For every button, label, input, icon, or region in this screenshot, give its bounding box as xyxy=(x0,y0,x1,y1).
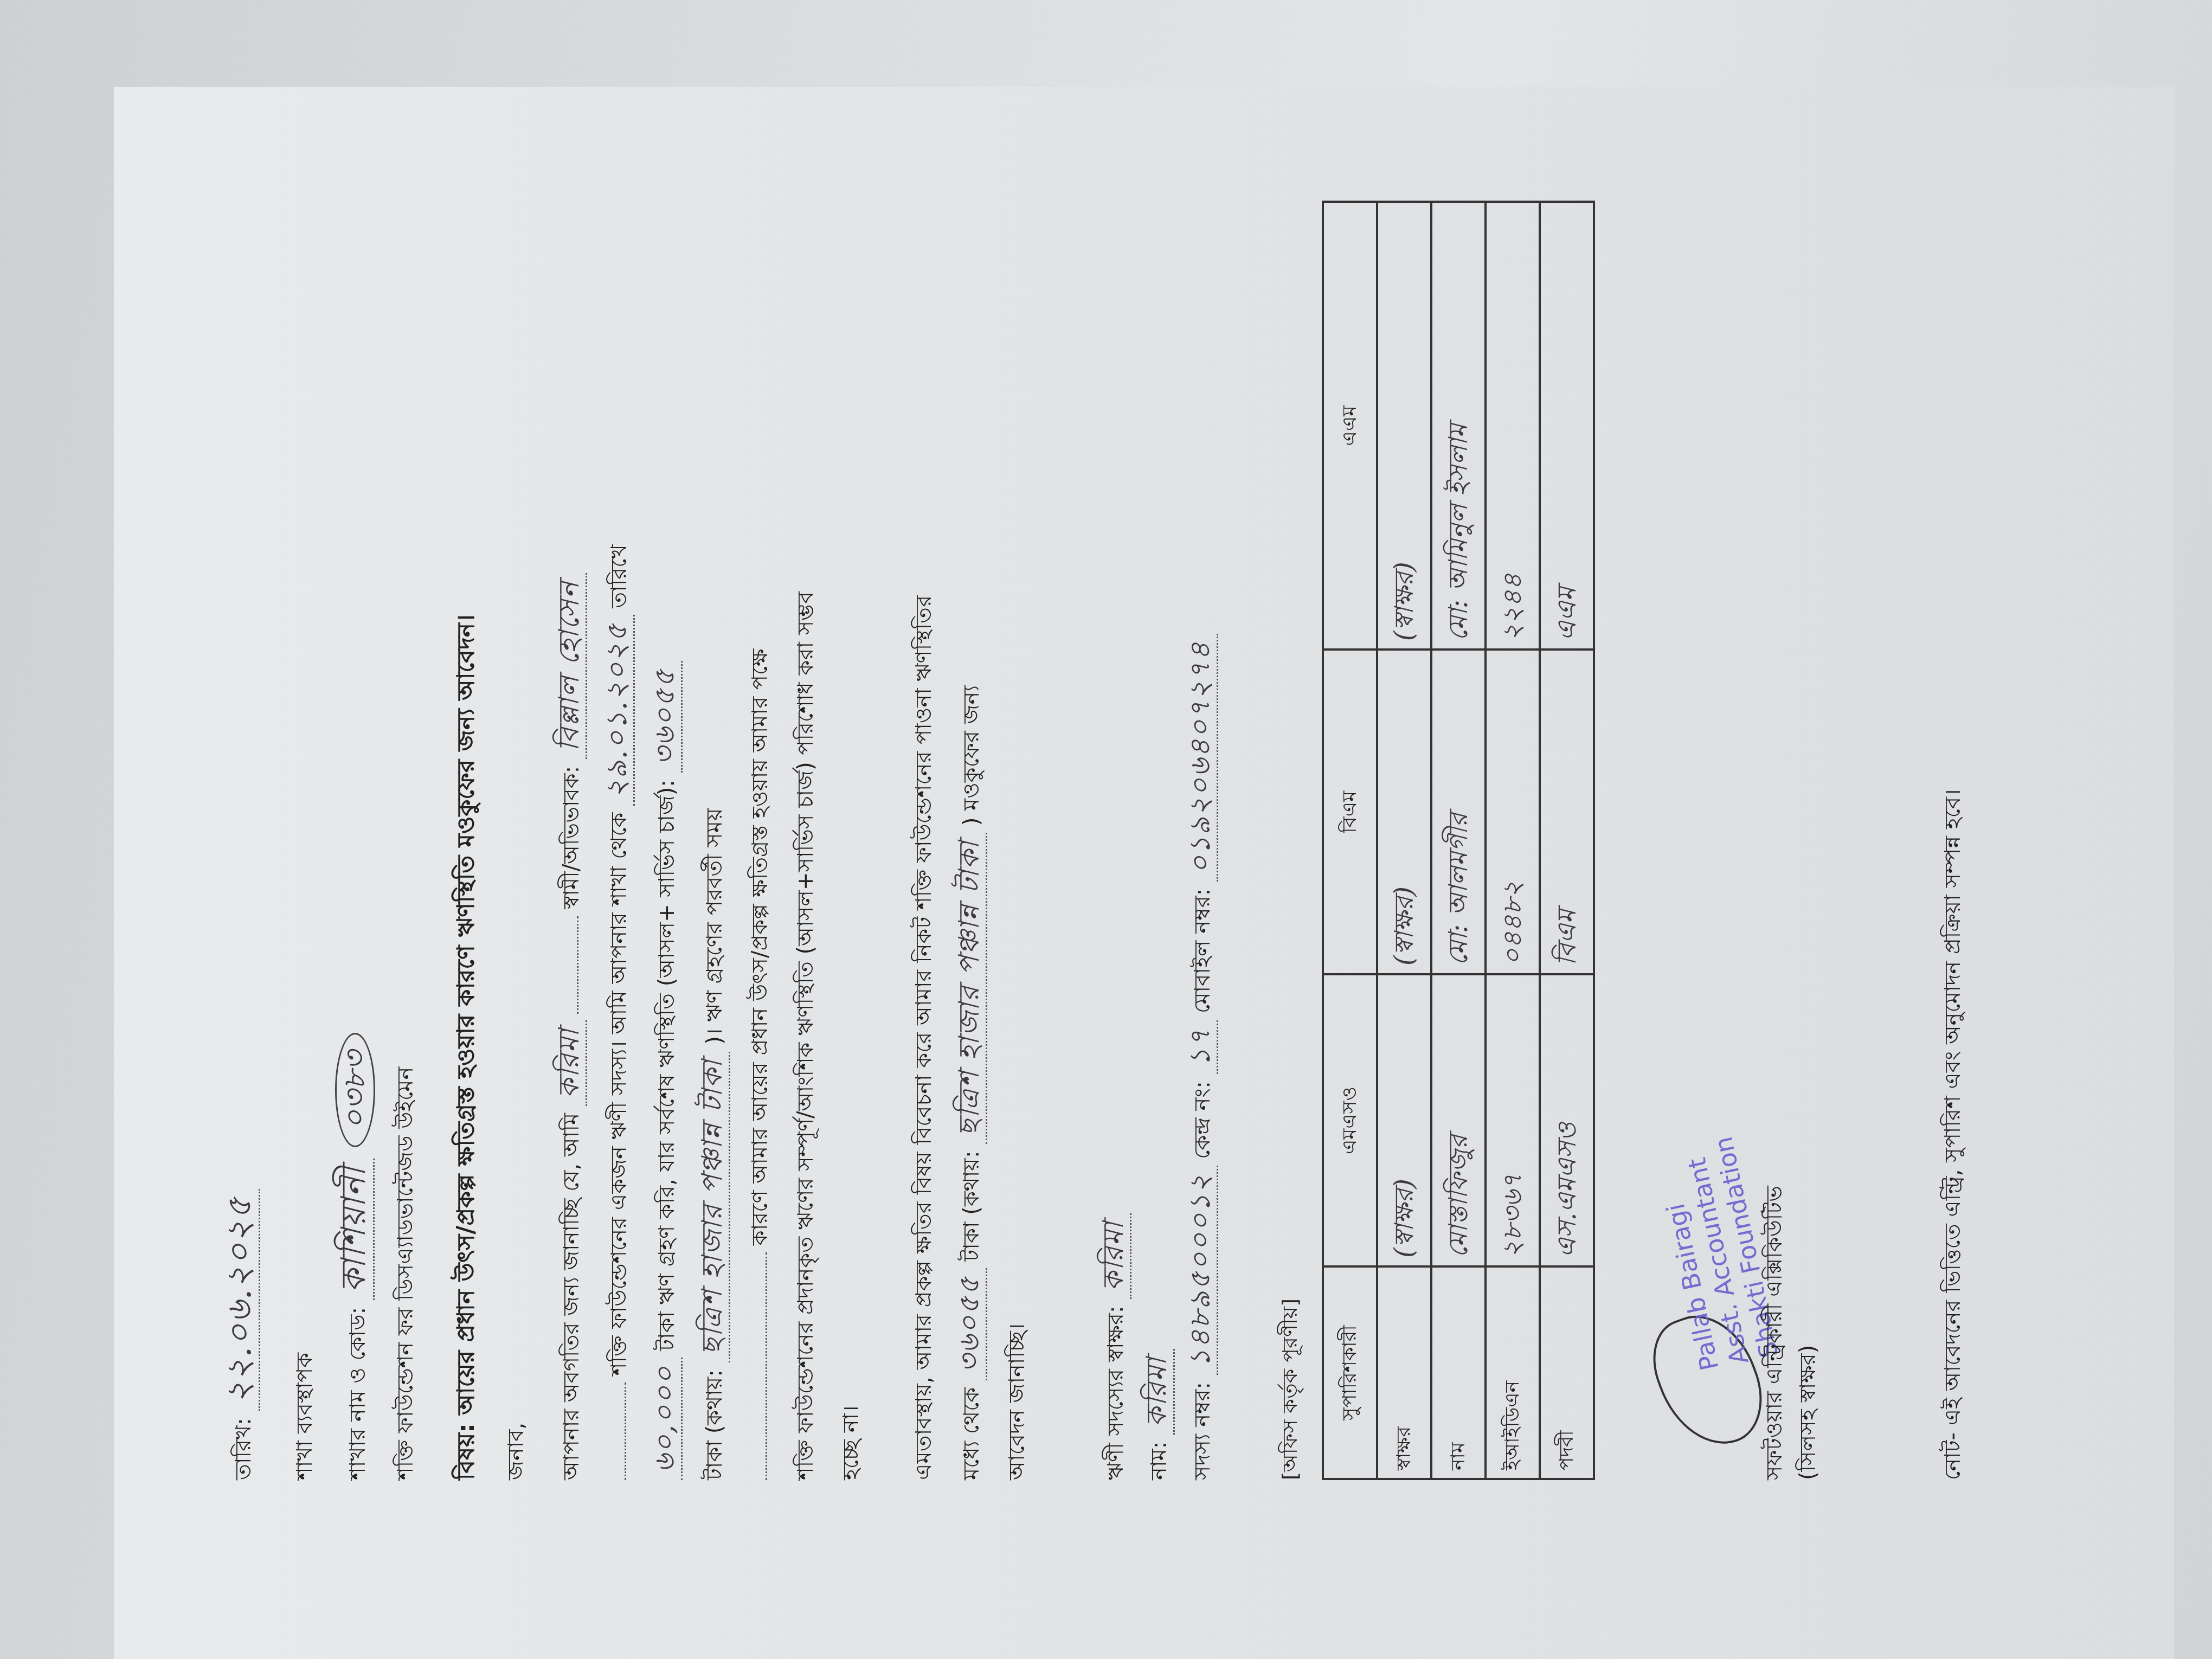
waiver-words-field: ছত্রিশ হাজার পঞ্চান্ন টাকা xyxy=(953,833,987,1144)
signature-label: ঋণী সদস্যের স্বাক্ষর: xyxy=(1103,1306,1128,1480)
table-header: এএম xyxy=(1323,202,1377,650)
table-cell: এস.এমএসও xyxy=(1540,974,1594,1266)
body-text: শক্তি ফাউন্ডেশনের প্রদানকৃত ঋণের সম্পূর্… xyxy=(793,591,818,1480)
loan-amount-field: ৬০,০০০ xyxy=(648,1358,683,1480)
subject-line: বিষয়: আয়ের প্রধান উৎস/প্রকল্প ক্ষতিগ্র… xyxy=(454,228,478,1480)
body-text: )। ঋণ গ্রহণের পরবর্তী সময় xyxy=(702,808,727,1044)
row-label: নাম xyxy=(1431,1266,1486,1479)
reason-blank xyxy=(766,1252,767,1480)
table-header: সুপারিশকারী xyxy=(1323,1266,1377,1479)
table-cell: মো: আমিনুল ইসলাম xyxy=(1431,202,1486,650)
table-row: পদবী এস.এমএসও বিএম এএম xyxy=(1540,202,1594,1479)
body-text: টাকা (কথায়: xyxy=(702,1369,727,1480)
application-form-paper: তারিখ: ২২.০৬.২০২৫ শাখা ব্যবস্থাপক শাখার … xyxy=(114,87,2174,1659)
date-label: তারিখ: xyxy=(231,1418,256,1480)
dotted-blank xyxy=(577,916,578,1014)
body-text: আপনার অবগতির জন্য জানাচ্ছি যে, আমি xyxy=(559,1113,584,1480)
balance-amount-field: ৩৬০৫৫ xyxy=(648,661,683,773)
office-use-label: [অফিস কর্তৃক পূরণীয়] xyxy=(1279,228,1300,1480)
branch-label: শাখার নাম ও কোড: xyxy=(345,1307,370,1480)
body-text: টাকা (কথায়: xyxy=(959,1151,984,1262)
body-text: মধ্যে থেকে xyxy=(959,1387,984,1480)
table-cell: এএম xyxy=(1540,202,1594,650)
row-label: পদবী xyxy=(1540,1266,1594,1479)
table-cell: ২৮৩৬৭ xyxy=(1486,974,1540,1266)
row-label: ইআইডিএন xyxy=(1486,1266,1540,1479)
signature-caption: সফটওয়ার এন্ট্রিকারী এক্সিকিউটিভ (সিলসহ … xyxy=(1758,1186,1825,1480)
date-value: ২২.০৬.২০২৫ xyxy=(219,1189,260,1411)
table-row: স্বাক্ষর (স্বাক্ষর) (স্বাক্ষর) (স্বাক্ষর… xyxy=(1377,202,1431,1479)
mobile-label: মোবাইল নম্বর: xyxy=(1190,889,1215,1013)
waiver-amount-field: ৩৬০৫৫ xyxy=(953,1268,987,1380)
member-signature: করিমা xyxy=(1097,1213,1131,1299)
table-cell: মো: আলমগীর xyxy=(1431,650,1486,974)
body-text: হচ্ছে না। xyxy=(839,1406,864,1480)
mobile-no: ০১৯২০৬৪০৭২৭৪ xyxy=(1184,634,1218,882)
name-label: নাম: xyxy=(1147,1442,1172,1480)
member-name: করিমা xyxy=(1141,1349,1175,1435)
signature-cell: (স্বাক্ষর) xyxy=(1377,974,1431,1266)
organization-name: শক্তি ফাউন্ডেশন ফর ডিসএ্যাডভান্টেজড উইমে… xyxy=(395,228,416,1480)
authorization-block: Pallab Bairagi Asst. Accountant Shakti F… xyxy=(1676,228,1817,1480)
dotted-blank xyxy=(625,1382,626,1480)
date-row: তারিখ: ২২.০৬.২০২৫ xyxy=(222,228,256,1480)
row-label: স্বাক্ষর xyxy=(1377,1266,1431,1479)
body-text: আবেদন জানাচ্ছি। xyxy=(1005,1323,1030,1480)
body-text: টাকা ঋণ গ্রহণ করি, যার সর্বশেষ ঋণস্থিতি … xyxy=(654,780,679,1351)
body-text: ) মওকুফের জন্য xyxy=(959,685,984,826)
table-header: বিএম xyxy=(1323,650,1377,974)
center-no: ১৭ xyxy=(1184,1020,1218,1075)
member-name-field: করিমা xyxy=(553,1020,587,1106)
table-cell: মোস্তাফিজুর xyxy=(1431,974,1486,1266)
member-no-label: সদস্য নম্বর: xyxy=(1190,1382,1215,1480)
footer-note: নোট- এই আবেদনের ভিত্তিতে এন্ট্রি, সুপারি… xyxy=(1942,228,1964,1480)
body-text: কারণে আমার আয়ের প্রধান উৎস/প্রকল্প ক্ষত… xyxy=(748,648,773,1245)
table-row: ইআইডিএন ২৮৩৬৭ ০৪৪৮২ ২২৪৪ xyxy=(1486,202,1540,1479)
table-cell: বিএম xyxy=(1540,650,1594,974)
table-cell: ০৪৪৮২ xyxy=(1486,650,1540,974)
member-no: ১৪৮৯৫০০০১২ xyxy=(1184,1166,1218,1375)
caption-line: (সিলসহ স্বাক্ষর) xyxy=(1791,1186,1825,1480)
body-text: এমতাবস্থায়, আমার প্রকল্প ক্ষতির বিষয় ব… xyxy=(911,595,936,1480)
table-row: নাম মোস্তাফিজুর মো: আলমগীর মো: আমিনুল ইস… xyxy=(1431,202,1486,1479)
loan-date-field: ২৯.০১.২০২৫ xyxy=(601,615,635,805)
signature-cell: (স্বাক্ষর) xyxy=(1377,202,1431,650)
member-info: ঋণী সদস্যের স্বাক্ষর: করিমা নাম: করিমা স… xyxy=(1099,228,1214,1480)
body-text: তারিখে xyxy=(607,544,632,608)
guardian-name-field: বিল্লাল হোসেন xyxy=(553,573,587,759)
body-paragraph-2: এমতাবস্থায়, আমার প্রকল্প ক্ষতির বিষয় ব… xyxy=(901,228,1040,1480)
body-text: শক্তি ফাউন্ডেশনের একজন ঋণী সদস্য। আমি আপ… xyxy=(607,813,632,1376)
body-text: স্বামী/অভিভাবক: xyxy=(559,766,584,909)
center-label: কেন্দ্র নং: xyxy=(1190,1081,1215,1159)
balance-words-field: ছত্রিশ হাজার পঞ্চান্ন টাকা xyxy=(696,1052,730,1363)
branch-row: শাখার নাম ও কোড: কাশিয়ানী ০৩৮৩ xyxy=(335,228,375,1480)
caption-line: সফটওয়ার এন্ট্রিকারী এক্সিকিউটিভ xyxy=(1758,1186,1791,1480)
recipient-title: শাখা ব্যবস্থাপক xyxy=(294,228,316,1480)
branch-name: কাশিয়ানী xyxy=(333,1159,375,1300)
branch-code: ০৩৮৩ xyxy=(335,1033,375,1148)
table-header: এমএসও xyxy=(1323,974,1377,1266)
recommendation-table: সুপারিশকারী এমএসও বিএম এএম স্বাক্ষর (স্ব… xyxy=(1322,201,1595,1480)
signature-cell: (স্বাক্ষর) xyxy=(1377,650,1431,974)
salutation: জনাব, xyxy=(505,228,527,1480)
body-paragraph-1: আপনার অবগতির জন্য জানাচ্ছি যে, আমি করিমা… xyxy=(546,228,874,1480)
table-cell: ২২৪৪ xyxy=(1486,202,1540,650)
